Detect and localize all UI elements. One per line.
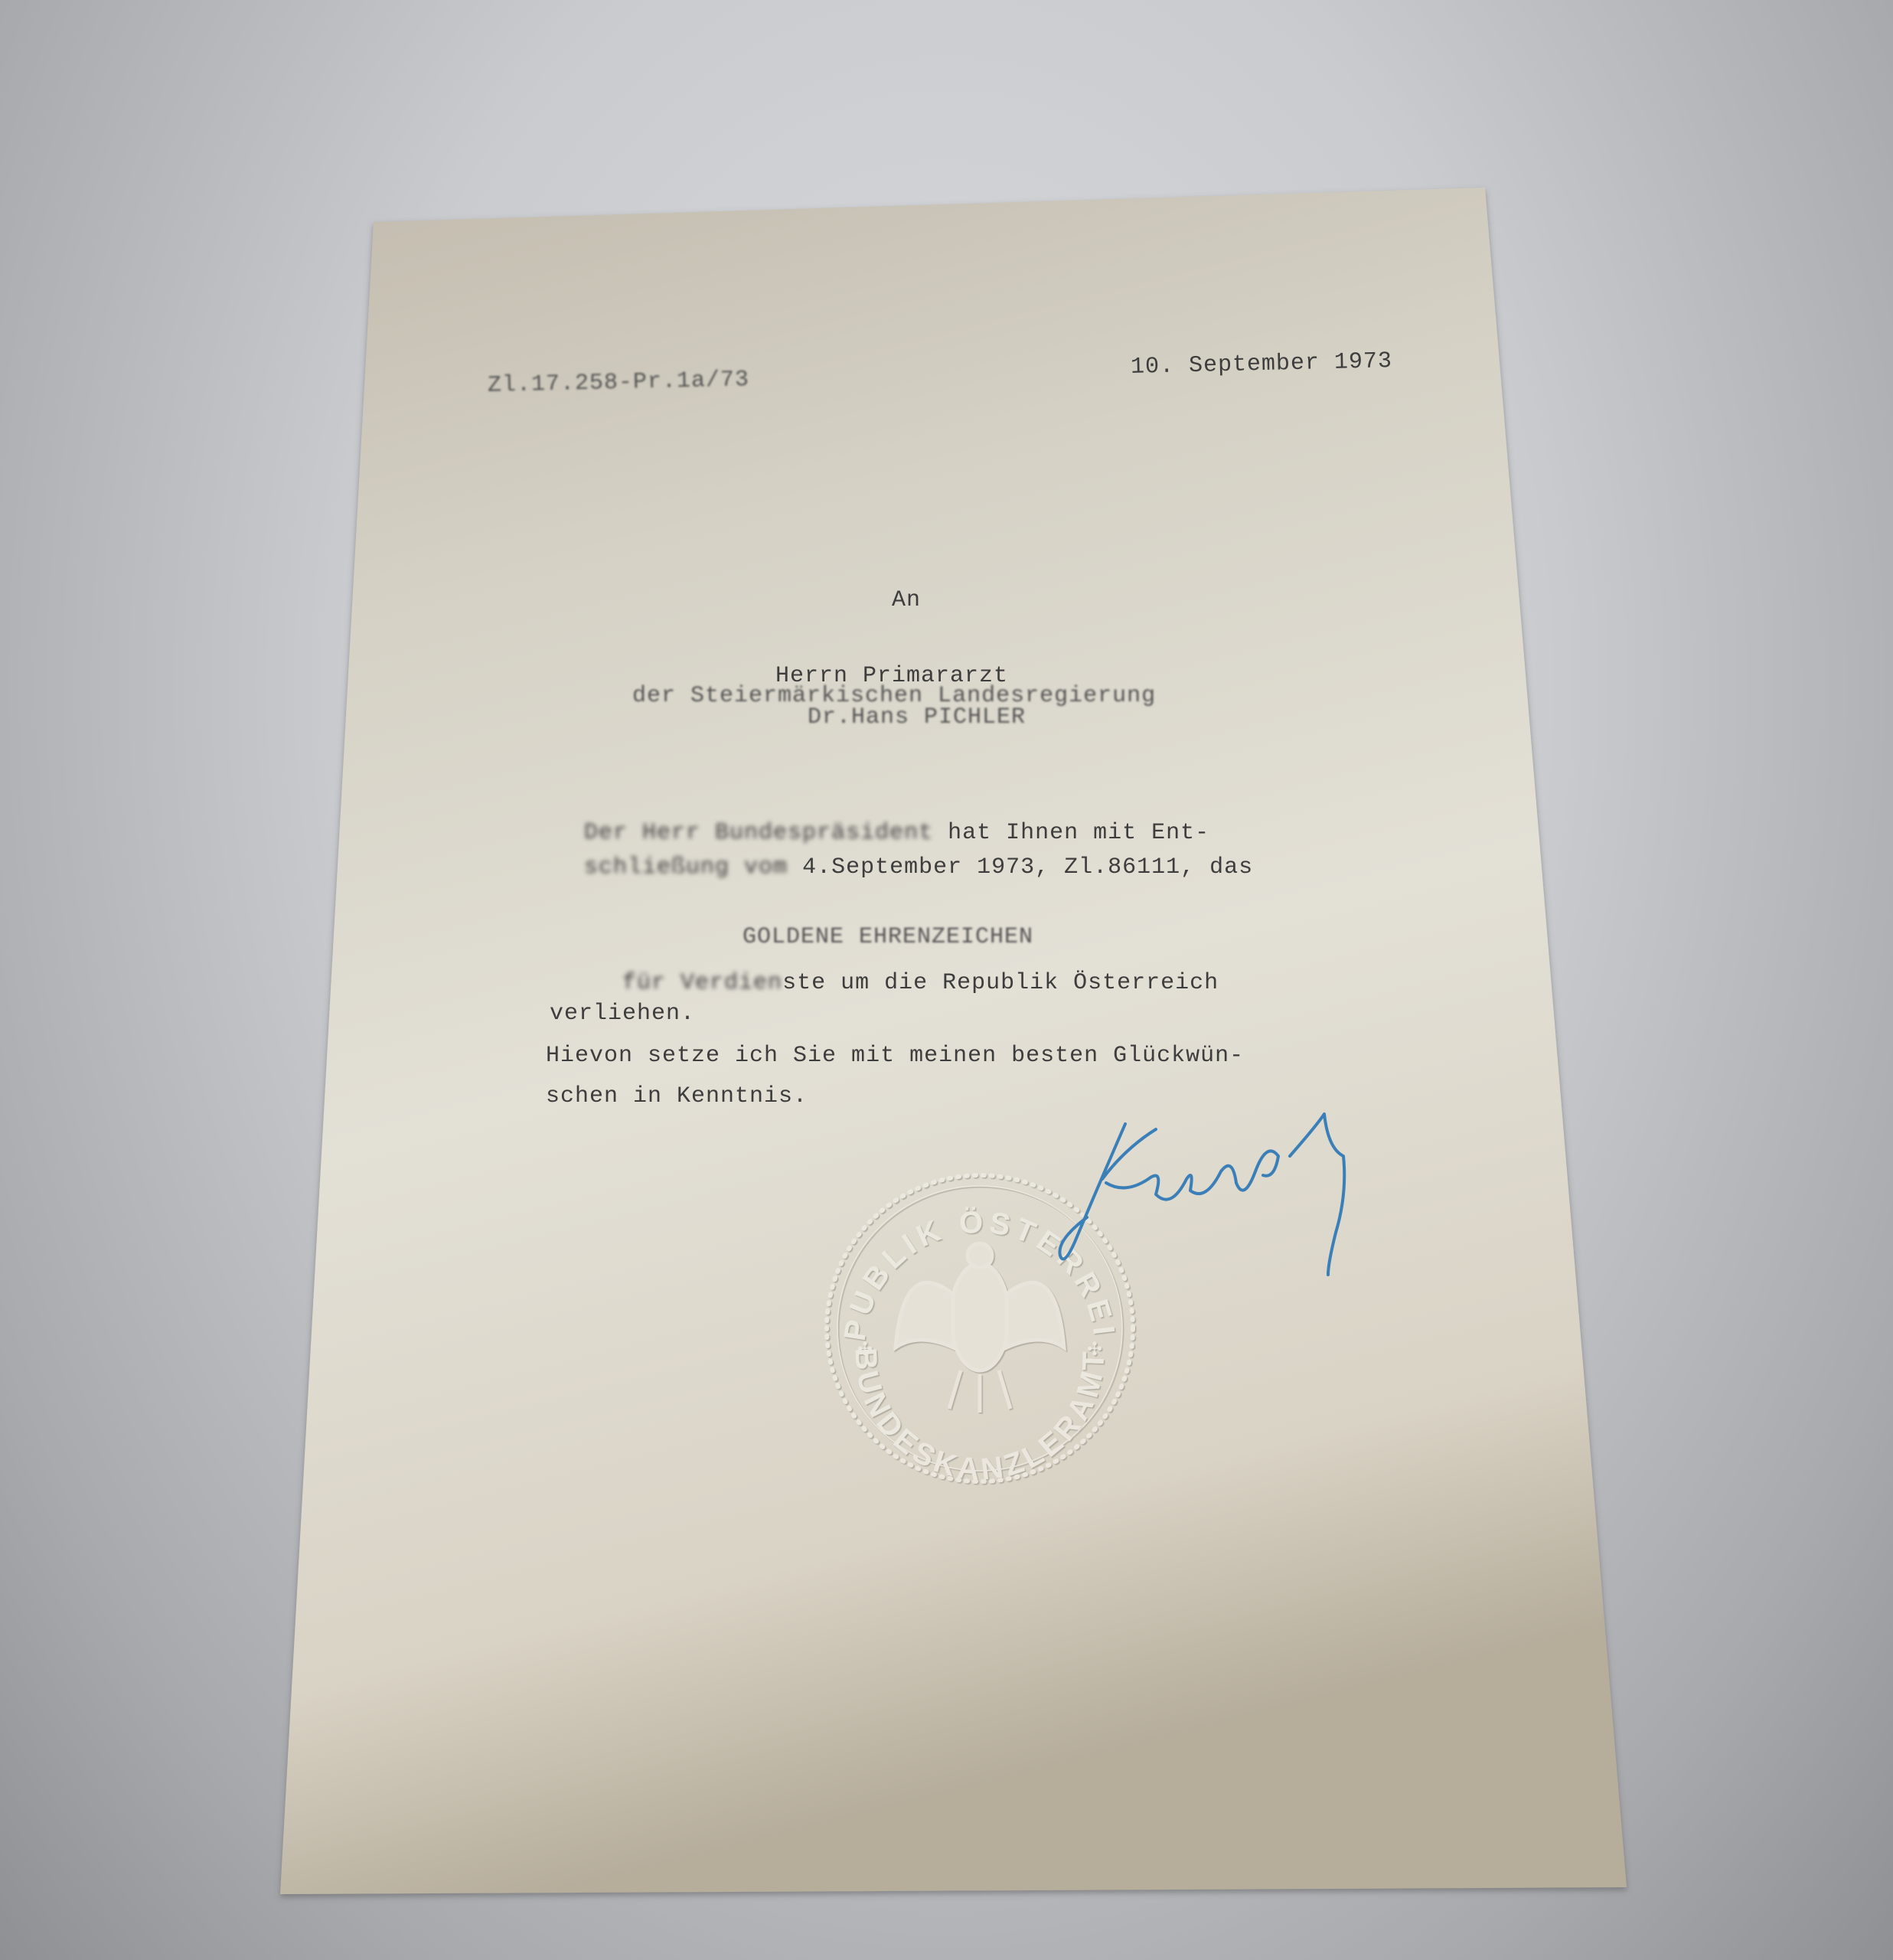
award-line-2-clear: ste um die Republik Österreich (782, 970, 1219, 996)
body-line-2-blurred: schließung vom (584, 854, 802, 880)
conferred-line: verliehen. (550, 1001, 695, 1027)
recipient-line-3: Dr.Hans PICHLER (808, 704, 1026, 730)
paper (280, 188, 1627, 1894)
recipient-prefix: An (892, 587, 921, 613)
closing-line-1: Hievon setze ich Sie mit meinen besten G… (546, 1043, 1244, 1069)
svg-text:✣: ✣ (1087, 1339, 1102, 1360)
closing-line-2: schen in Kenntnis. (546, 1083, 808, 1109)
award-line-2-blurred: für Verdien (622, 970, 782, 996)
svg-text:✣: ✣ (857, 1339, 873, 1360)
body-line-2: schließung vom 4.September 1973, Zl.8611… (555, 828, 1253, 880)
award-line-2: für Verdienste um die Republik Österreic… (593, 944, 1219, 996)
body-line-2-clear: 4.September 1973, Zl.86111, das (802, 854, 1253, 880)
